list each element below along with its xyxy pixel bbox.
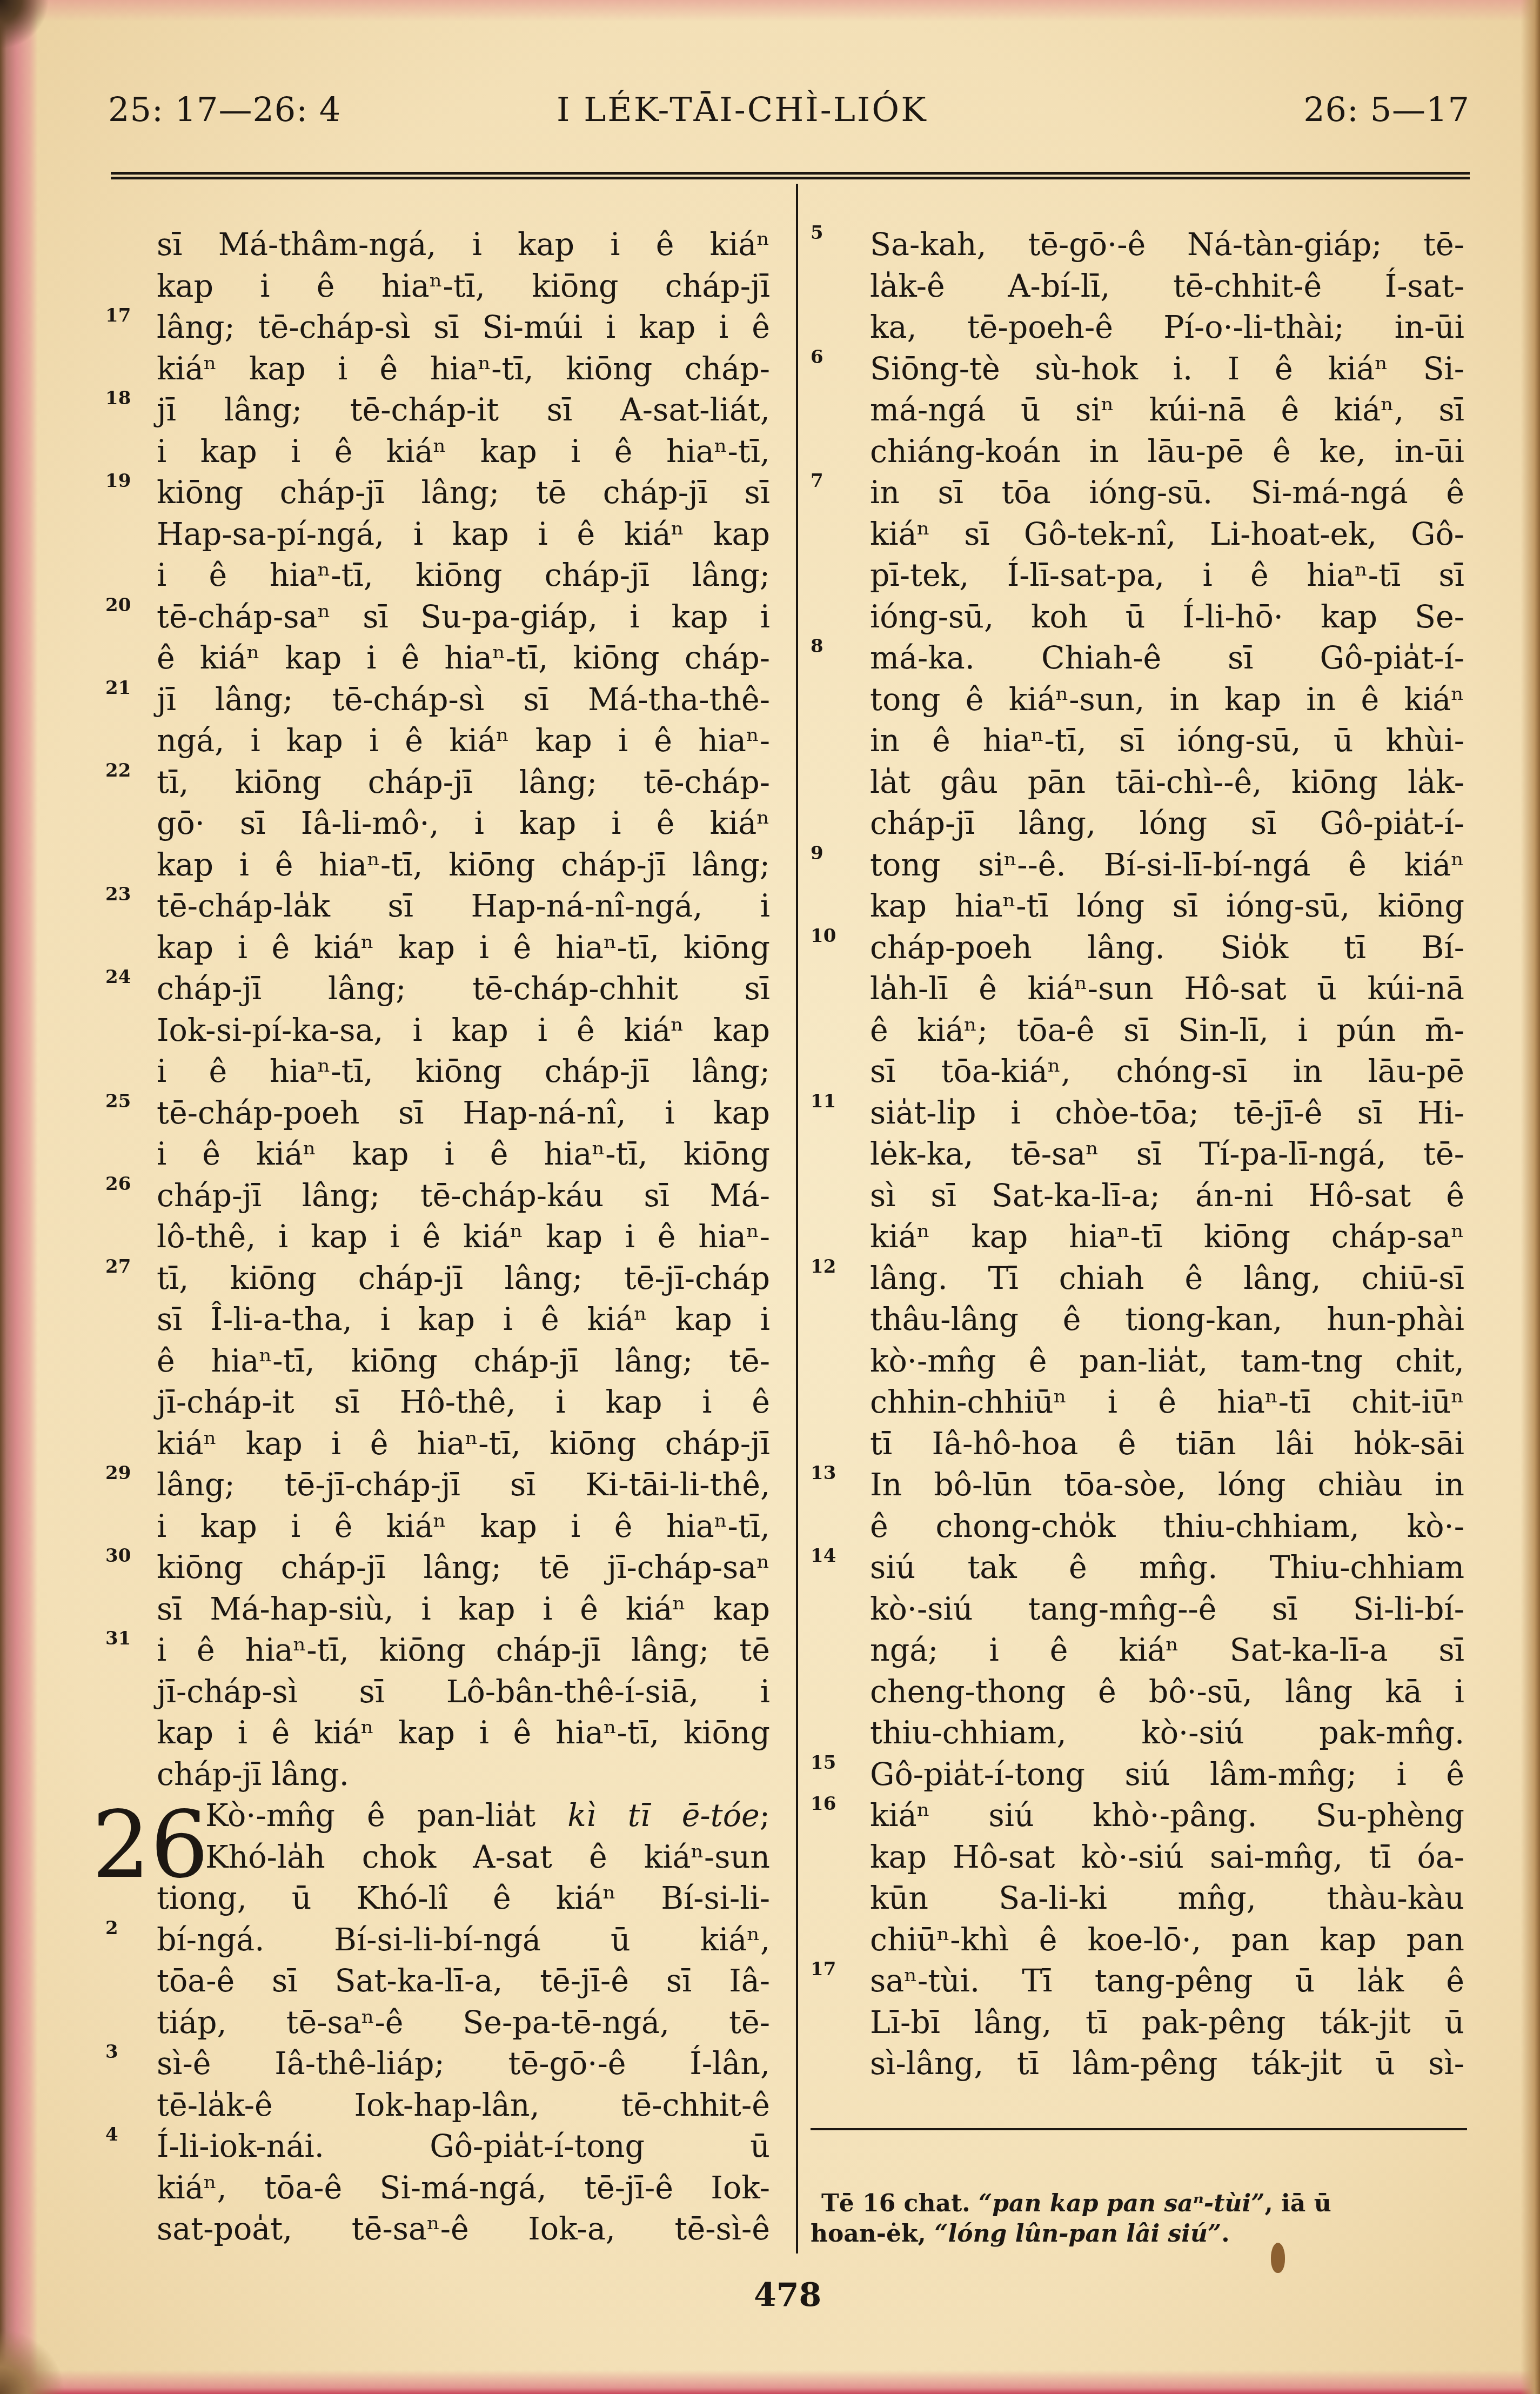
italic-phrase: kì tī ē-tóe (567, 1798, 760, 1834)
text-line: ka, tē-poeh-ê Pí-o·-li-thài; in-ūi (870, 307, 1464, 349)
line-text: gō· sī Iâ-li-mô·, i kap i ê kiáⁿ (157, 803, 770, 845)
line-text: cháp-poeh lâng. Sio̍k tī Bí- (870, 927, 1464, 969)
text-line: 7in sī tōa ióng-sū. Si-má-ngá ê (870, 472, 1464, 514)
line-text: kap i ê hiaⁿ-tī, kiōng cháp-jī (157, 266, 770, 307)
line-text: pī-tek, Í-lī-sat-pa, i ê hiaⁿ-tī sī (870, 555, 1464, 597)
line-text: Lī-bī lâng, tī pak-pêng ták-ji̍t ū (870, 2002, 1464, 2044)
text-line: Khó-la̍h chok A-sat ê kiáⁿ-sun (157, 1837, 770, 1878)
verse-number: 10 (811, 920, 836, 952)
line-text: thâu-lâng ê tiong-kan, hun-phài (870, 1299, 1464, 1341)
text-line: má-ngá ū siⁿ kúi-nā ê kiáⁿ, sī (870, 390, 1464, 431)
line-text: cháp-jī lâng; tē-cháp-káu sī Má- (157, 1175, 770, 1217)
verse-number: 15 (811, 1747, 836, 1779)
line-text: sī Má-hap-siù, i kap i ê kiáⁿ kap (157, 1589, 770, 1630)
chapter-start-line: 26Kò·-mn̂g ê pan-lia̍t kì tī ē-tóe; (157, 1795, 770, 1837)
stained-bottom-edge (0, 2370, 1540, 2394)
text-line: 4Í-li-iok-nái. Gô-pia̍t-í-tong ū (157, 2126, 770, 2168)
line-text: kap i ê kiáⁿ kap i ê hiaⁿ-tī, kiōng (157, 927, 770, 969)
line-text: kap i ê hiaⁿ-tī, kiōng cháp-jī lâng; (157, 845, 770, 886)
line-text: jī-cháp-sì sī Lô-bân-thê-í-siā, i (157, 1671, 770, 1713)
text-line: ê hiaⁿ-tī, kiōng cháp-jī lâng; tē- (157, 1341, 770, 1382)
line-text: lô-thê, i kap i ê kiáⁿ kap i ê hiaⁿ- (157, 1216, 770, 1258)
line-text: i kap i ê kiáⁿ kap i ê hiaⁿ-tī, (157, 431, 770, 473)
line-text: tē-cháp-poeh sī Hap-ná-nî, i kap (157, 1093, 770, 1134)
verse-number: 17 (811, 1953, 836, 1985)
text-line: 19kiōng cháp-jī lâng; tē cháp-jī sī (157, 472, 770, 514)
text-line: chhin-chhiūⁿ i ê hiaⁿ-tī chit-iūⁿ (870, 1382, 1464, 1423)
page-corner-bottom-left (0, 2329, 65, 2394)
page-number: 478 (754, 2276, 819, 2314)
verse-number: 12 (811, 1251, 836, 1283)
line-text: sat-poa̍t, tē-saⁿ-ê Iok-a, tē-sì-ê (157, 2209, 770, 2250)
text-line: kap i ê hiaⁿ-tī, kiōng cháp-jī lâng; (157, 845, 770, 886)
page-corner-top-left (0, 0, 49, 49)
verse-number: 25 (105, 1085, 131, 1118)
text-line: tiáp, tē-saⁿ-ê Se-pa-tē-ngá, tē- (157, 2002, 770, 2044)
line-text: in sī tōa ióng-sū. Si-má-ngá ê (870, 472, 1464, 514)
line-text: cheng-thong ê bô·-sū, lâng kā i (870, 1671, 1464, 1713)
text-line: lô-thê, i kap i ê kiáⁿ kap i ê hiaⁿ- (157, 1216, 770, 1258)
text-line: kiáⁿ kap i ê hiaⁿ-tī, kiōng cháp-jī (157, 1423, 770, 1465)
line-text: kap i ê kiáⁿ kap i ê hiaⁿ-tī, kiōng (157, 1713, 770, 1754)
page-right-edge (1521, 0, 1540, 2394)
text-line: in ê hiaⁿ-tī, sī ióng-sū, ū khùi- (870, 720, 1464, 762)
text-line: i kap i ê kiáⁿ kap i ê hiaⁿ-tī, (157, 1506, 770, 1548)
text-line: gō· sī Iâ-li-mô·, i kap i ê kiáⁿ (157, 803, 770, 845)
verse-number: 7 (811, 465, 823, 497)
verse-number: 3 (105, 2036, 118, 2068)
line-text: i ê hiaⁿ-tī, kiōng cháp-jī lâng; (157, 555, 770, 597)
verse-number: 9 (811, 837, 823, 870)
text-line: 11sia̍t-li̍p i chòe-tōa; tē-jī-ê sī Hi- (870, 1093, 1464, 1134)
footnote-quote-alt: “lóng lûn-pan lâi siú” (934, 2220, 1221, 2248)
line-text: Siōng-tè sù-hok i. I ê kiáⁿ Si- (870, 349, 1464, 390)
stained-top-edge (0, 0, 1540, 22)
verse-number: 11 (811, 1085, 836, 1118)
text-line: Iok-si-pí-ka-sa, i kap i ê kiáⁿ kap (157, 1010, 770, 1052)
line-text: i ê kiáⁿ kap i ê hiaⁿ-tī, kiōng (157, 1134, 770, 1175)
line-text: tē-la̍k-ê Iok-hap-lân, tē-chhit-ê (157, 2085, 770, 2126)
text-line: sī Î-li-a-tha, i kap i ê kiáⁿ kap i (157, 1299, 770, 1341)
text-line: tiong, ū Khó-lî ê kiáⁿ Bí-si-li- (157, 1878, 770, 1920)
verse-number: 6 (811, 341, 823, 373)
header-book-title: I LÉK-TĀI-CHÌ-LIÓK (557, 85, 928, 134)
footnote-mid: , iā ū (1264, 2190, 1331, 2217)
footnote: Tē 16 chat. “pan kap pan saⁿ-tùi”, iā ū … (811, 2189, 1467, 2249)
text-line: kūn Sa-li-ki mn̂g, thàu-kàu (870, 1878, 1464, 1920)
line-text: kiáⁿ sī Gô-tek-nî, Li-hoat-ek, Gô- (870, 514, 1464, 556)
text-line: 22tī, kiōng cháp-jī lâng; tē-cháp- (157, 762, 770, 804)
text-line: i ê hiaⁿ-tī, kiōng cháp-jī lâng; (157, 1051, 770, 1093)
text-line: 8má-ka. Chiah-ê sī Gô-pia̍t-í- (870, 638, 1464, 679)
text-line: Hap-sa-pí-ngá, i kap i ê kiáⁿ kap (157, 514, 770, 556)
chapter-first-line: Kò·-mn̂g ê pan-lia̍t kì tī ē-tóe; (205, 1795, 770, 1837)
text-line: ngá, i kap i ê kiáⁿ kap i ê hiaⁿ- (157, 720, 770, 762)
text-line: la̍t gâu pān tāi-chì--ê, kiōng la̍k- (870, 762, 1464, 804)
line-text: tōa-ê sī Sat-ka-lī-a, tē-jī-ê sī Iâ- (157, 1961, 770, 2002)
text-line: jī-cháp-it sī Hô-thê, i kap i ê (157, 1382, 770, 1423)
footnote-rule (811, 2128, 1467, 2130)
line-text: sì-ê Iâ-thê-liáp; tē-gō·-ê Í-lân, (157, 2043, 770, 2085)
text-line: 23tē-cháp-la̍k sī Hap-ná-nî-ngá, i (157, 886, 770, 927)
text-line: 2bí-ngá. Bí-si-li-bí-ngá ū kiáⁿ, (157, 1920, 770, 1961)
line-text: bí-ngá. Bí-si-li-bí-ngá ū kiáⁿ, (157, 1920, 770, 1961)
text-line: 6Siōng-tè sù-hok i. I ê kiáⁿ Si- (870, 349, 1464, 390)
line-text: thiu-chhiam, kò·-siú pak-mn̂g. (870, 1713, 1464, 1754)
text-line: kiáⁿ sī Gô-tek-nî, Li-hoat-ek, Gô- (870, 514, 1464, 556)
text-line: chiáng-koán in lāu-pē ê ke, in-ūi (870, 431, 1464, 473)
footnote-line-2: hoan-ėk, “lóng lûn-pan lâi siú”. (811, 2219, 1467, 2249)
verse-number: 30 (105, 1540, 131, 1572)
line-text: la̍t gâu pān tāi-chì--ê, kiōng la̍k- (870, 762, 1464, 804)
stained-left-edge (0, 0, 38, 2394)
line-text: tiáp, tē-saⁿ-ê Se-pa-tē-ngá, tē- (157, 2002, 770, 2044)
text-line: 17lâng; tē-cháp-sì sī Si-múi i kap i ê (157, 307, 770, 349)
text-line: 14siú tak ê mn̂g. Thiu-chhiam (870, 1547, 1464, 1589)
text-line: chiūⁿ-khì ê koe-lō·, pan kap pan (870, 1920, 1464, 1961)
verse-number: 18 (105, 382, 131, 414)
line-text: tē-cháp-saⁿ sī Su-pa-giáp, i kap i (157, 597, 770, 638)
line-text: ngá, i kap i ê kiáⁿ kap i ê hiaⁿ- (157, 720, 770, 762)
text-line: ióng-sū, koh ū Í-li-hō· kap Se- (870, 597, 1464, 638)
verse-number: 14 (811, 1540, 836, 1572)
header-double-rule (111, 172, 1470, 179)
line-text: ê chong-cho̍k thiu-chhiam, kò·- (870, 1506, 1464, 1548)
text-line: 20tē-cháp-saⁿ sī Su-pa-giáp, i kap i (157, 597, 770, 638)
line-text: kiōng cháp-jī lâng; tē cháp-jī sī (157, 472, 770, 514)
line-text: kiáⁿ, tōa-ê Si-má-ngá, tē-jī-ê Iok- (157, 2168, 770, 2209)
text-line: kiáⁿ kap hiaⁿ-tī kiōng cháp-saⁿ (870, 1216, 1464, 1258)
verse-number: 29 (105, 1457, 131, 1489)
text-line: Lī-bī lâng, tī pak-pêng ták-ji̍t ū (870, 2002, 1464, 2044)
line-text: sī Má-thâm-ngá, i kap i ê kiáⁿ (157, 224, 770, 266)
text-line: tē-la̍k-ê Iok-hap-lân, tē-chhit-ê (157, 2085, 770, 2126)
text-line: kò·-mn̂g ê pan-lia̍t, tam-tng chit, (870, 1341, 1464, 1382)
line-text: kūn Sa-li-ki mn̂g, thàu-kàu (870, 1878, 1464, 1920)
verse-number: 24 (105, 961, 131, 993)
line-text: má-ngá ū siⁿ kúi-nā ê kiáⁿ, sī (870, 390, 1464, 431)
line-text: la̍h-lī ê kiáⁿ-sun Hô-sat ū kúi-nā (870, 968, 1464, 1010)
text-line: i ê kiáⁿ kap i ê hiaⁿ-tī, kiōng (157, 1134, 770, 1175)
verse-number: 17 (105, 299, 131, 332)
running-header: 25: 17—26: 4 I LÉK-TĀI-CHÌ-LIÓK 26: 5—17 (108, 85, 1470, 134)
text-line: 17saⁿ-tùi. Tī tang-pêng ū la̍k ê (870, 1961, 1464, 2002)
text-line: pī-tek, Í-lī-sat-pa, i ê hiaⁿ-tī sī (870, 555, 1464, 597)
text-line: la̍h-lī ê kiáⁿ-sun Hô-sat ū kúi-nā (870, 968, 1464, 1010)
text-line: kap Hô-sat kò·-siú sai-mn̂g, tī óa- (870, 1837, 1464, 1878)
text-line: 30kiōng cháp-jī lâng; tē jī-cháp-saⁿ (157, 1547, 770, 1589)
text-line: sat-poa̍t, tē-saⁿ-ê Iok-a, tē-sì-ê (157, 2209, 770, 2250)
text-line: kap i ê hiaⁿ-tī, kiōng cháp-jī (157, 266, 770, 307)
footnote-line2-start: hoan-ėk, (811, 2220, 934, 2248)
text-line: 10cháp-poeh lâng. Sio̍k tī Bí- (870, 927, 1464, 969)
line-text: ê hiaⁿ-tī, kiōng cháp-jī lâng; tē- (157, 1341, 770, 1382)
text-line: tōa-ê sī Sat-ka-lī-a, tē-jī-ê sī Iâ- (157, 1961, 770, 2002)
text-line: tong ê kiáⁿ-sun, in kap in ê kiáⁿ (870, 679, 1464, 721)
line-text: sī tōa-kiáⁿ, chóng-sī in lāu-pē (870, 1051, 1464, 1093)
header-left-reference: 25: 17—26: 4 (108, 85, 341, 134)
line-text: tiong, ū Khó-lî ê kiáⁿ Bí-si-li- (157, 1878, 770, 1920)
text-line: sì sī Sat-ka-lī-a; án-ni Hô-sat ê (870, 1175, 1464, 1217)
line-text: ióng-sū, koh ū Í-li-hō· kap Se- (870, 597, 1464, 638)
text-line: cheng-thong ê bô·-sū, lâng kā i (870, 1671, 1464, 1713)
line-text: kiáⁿ kap i ê hiaⁿ-tī, kiōng cháp-jī (157, 1423, 770, 1465)
text-line: ê kiáⁿ kap i ê hiaⁿ-tī, kiōng cháp- (157, 638, 770, 679)
left-column: sī Má-thâm-ngá, i kap i ê kiáⁿkap i ê hi… (157, 224, 770, 2250)
line-text: tē-cháp-la̍k sī Hap-ná-nî-ngá, i (157, 886, 770, 927)
footnote-end: . (1221, 2220, 1229, 2248)
text-line: 21jī lâng; tē-cháp-sì sī Má-tha-thê- (157, 679, 770, 721)
text-line: 27tī, kiōng cháp-jī lâng; tē-jī-cháp (157, 1258, 770, 1300)
verse-number: 27 (105, 1251, 131, 1283)
line-text: tī Iâ-hô-hoa ê tiān lâi ho̍k-sāi (870, 1423, 1464, 1465)
text-line: kiáⁿ, tōa-ê Si-má-ngá, tē-jī-ê Iok- (157, 2168, 770, 2209)
text-line: kap i ê kiáⁿ kap i ê hiaⁿ-tī, kiōng (157, 1713, 770, 1754)
text-line: ngá; i ê kiáⁿ Sat-ka-lī-a sī (870, 1630, 1464, 1671)
text-line: la̍k-ê A-bí-lī, tē-chhit-ê Í-sat- (870, 266, 1464, 307)
verse-number: 20 (105, 589, 131, 621)
line-text: cháp-jī lâng, lóng sī Gô-pia̍t-í- (870, 803, 1464, 845)
text-line: lėk-ka, tē-saⁿ sī Tí-pa-lī-ngá, tē- (870, 1134, 1464, 1175)
line-text: lėk-ka, tē-saⁿ sī Tí-pa-lī-ngá, tē- (870, 1134, 1464, 1175)
line-text: Kò·-mn̂g ê pan-lia̍t (205, 1798, 567, 1834)
text-line: 25tē-cháp-poeh sī Hap-ná-nî, i kap (157, 1093, 770, 1134)
line-text: kò·-siú tang-mn̂g--ê sī Si-li-bí- (870, 1589, 1464, 1630)
line-text: jī-cháp-it sī Hô-thê, i kap i ê (157, 1382, 770, 1423)
text-line: 18jī lâng; tē-cháp-it sī A-sat-liát, (157, 390, 770, 431)
text-line: 5Sa-kah, tē-gō·-ê Ná-tàn-giáp; tē- (870, 224, 1464, 266)
line-text: i ê hiaⁿ-tī, kiōng cháp-jī lâng; tē (157, 1630, 770, 1671)
line-text: chiáng-koán in lāu-pē ê ke, in-ūi (870, 431, 1464, 473)
verse-number: 22 (105, 754, 131, 787)
text-line: 31i ê hiaⁿ-tī, kiōng cháp-jī lâng; tē (157, 1630, 770, 1671)
text-line: tī Iâ-hô-hoa ê tiān lâi ho̍k-sāi (870, 1423, 1464, 1465)
text-line: 9tong siⁿ--ê. Bí-si-lī-bí-ngá ê kiáⁿ (870, 845, 1464, 886)
line-text: ê kiáⁿ kap i ê hiaⁿ-tī, kiōng cháp- (157, 638, 770, 679)
line-text: jī lâng; tē-cháp-it sī A-sat-liát, (157, 390, 770, 431)
line-text: sì-lâng, tī lâm-pêng ták-ji̍t ū sì- (870, 2043, 1464, 2085)
right-column: 5Sa-kah, tē-gō·-ê Ná-tàn-giáp; tē-la̍k-ê… (870, 224, 1464, 2085)
verse-number: 8 (811, 630, 823, 663)
ink-stain (1271, 2243, 1285, 2273)
line-text: in ê hiaⁿ-tī, sī ióng-sū, ū khùi- (870, 720, 1464, 762)
text-line: kap hiaⁿ-tī lóng sī ióng-sū, kiōng (870, 886, 1464, 927)
text-line: thiu-chhiam, kò·-siú pak-mn̂g. (870, 1713, 1464, 1754)
line-text: lâng; tē-cháp-sì sī Si-múi i kap i ê (157, 307, 770, 349)
verse-number: 5 (811, 217, 823, 249)
text-line: kap i ê kiáⁿ kap i ê hiaⁿ-tī, kiōng (157, 927, 770, 969)
line-text: tī, kiōng cháp-jī lâng; tē-jī-cháp (157, 1258, 770, 1300)
footnote-line-1: Tē 16 chat. “pan kap pan saⁿ-tùi”, iā ū (811, 2189, 1467, 2219)
text-line: cháp-jī lâng, lóng sī Gô-pia̍t-í- (870, 803, 1464, 845)
text-line: kiáⁿ kap i ê hiaⁿ-tī, kiōng cháp- (157, 349, 770, 390)
text-line: 29lâng; tē-jī-cháp-jī sī Ki-tāi-li-thê, (157, 1465, 770, 1506)
text-line: thâu-lâng ê tiong-kan, hun-phài (870, 1299, 1464, 1341)
line-text: kiáⁿ kap i ê hiaⁿ-tī, kiōng cháp- (157, 349, 770, 390)
text-line: sī Má-hap-siù, i kap i ê kiáⁿ kap (157, 1589, 770, 1630)
line-text: tong siⁿ--ê. Bí-si-lī-bí-ngá ê kiáⁿ (870, 845, 1464, 886)
text-line: jī-cháp-sì sī Lô-bân-thê-í-siā, i (157, 1671, 770, 1713)
line-text: cháp-jī lâng. (157, 1754, 770, 1796)
verse-number: 31 (105, 1622, 131, 1655)
line-text: Í-li-iok-nái. Gô-pia̍t-í-tong ū (157, 2126, 770, 2168)
line-text: sī Î-li-a-tha, i kap i ê kiáⁿ kap i (157, 1299, 770, 1341)
line-text: kiōng cháp-jī lâng; tē jī-cháp-saⁿ (157, 1547, 770, 1589)
line-text: chiūⁿ-khì ê koe-lō·, pan kap pan (870, 1920, 1464, 1961)
line-text: sì sī Sat-ka-lī-a; án-ni Hô-sat ê (870, 1175, 1464, 1217)
line-text: kap Hô-sat kò·-siú sai-mn̂g, tī óa- (870, 1837, 1464, 1878)
text-line: 15Gô-pia̍t-í-tong siú lâm-mn̂g; i ê (870, 1754, 1464, 1796)
verse-number: 13 (811, 1457, 836, 1489)
verse-number: 21 (105, 672, 131, 704)
line-text: ka, tē-poeh-ê Pí-o·-li-thài; in-ūi (870, 307, 1464, 349)
footnote-quote-original: “pan kap pan saⁿ-tùi” (979, 2190, 1265, 2217)
text-line: kò·-siú tang-mn̂g--ê sī Si-li-bí- (870, 1589, 1464, 1630)
text-line: cháp-jī lâng. (157, 1754, 770, 1796)
line-text: tong ê kiáⁿ-sun, in kap in ê kiáⁿ (870, 679, 1464, 721)
line-text: Khó-la̍h chok A-sat ê kiáⁿ-sun (205, 1837, 770, 1878)
line-text: ngá; i ê kiáⁿ Sat-ka-lī-a sī (870, 1630, 1464, 1671)
line-text: ê kiáⁿ; tōa-ê sī Sin-lī, i pún m̄- (870, 1010, 1464, 1052)
line-text: i kap i ê kiáⁿ kap i ê hiaⁿ-tī, (157, 1506, 770, 1548)
line-text: saⁿ-tùi. Tī tang-pêng ū la̍k ê (870, 1961, 1464, 2002)
verse-number: 4 (105, 2118, 118, 2151)
text-line: 12lâng. Tī chiah ê lâng, chiū-sī (870, 1258, 1464, 1300)
line-text: Gô-pia̍t-í-tong siú lâm-mn̂g; i ê (870, 1754, 1464, 1796)
text-line: sī tōa-kiáⁿ, chóng-sī in lāu-pē (870, 1051, 1464, 1093)
text-line: 16kiáⁿ siú khò·-pâng. Su-phèng (870, 1795, 1464, 1837)
line-text: má-ka. Chiah-ê sī Gô-pia̍t-í- (870, 638, 1464, 679)
line-text: In bô-lūn tōa-sòe, lóng chiàu in (870, 1465, 1464, 1506)
line-text: Hap-sa-pí-ngá, i kap i ê kiáⁿ kap (157, 514, 770, 556)
line-text: lâng. Tī chiah ê lâng, chiū-sī (870, 1258, 1464, 1300)
line-text: lâng; tē-jī-cháp-jī sī Ki-tāi-li-thê, (157, 1465, 770, 1506)
line-text: kò·-mn̂g ê pan-lia̍t, tam-tng chit, (870, 1341, 1464, 1382)
text-line: ê kiáⁿ; tōa-ê sī Sin-lī, i pún m̄- (870, 1010, 1464, 1052)
line-text: la̍k-ê A-bí-lī, tē-chhit-ê Í-sat- (870, 266, 1464, 307)
verse-number: 2 (105, 1912, 118, 1944)
line-text: sia̍t-li̍p i chòe-tōa; tē-jī-ê sī Hi- (870, 1093, 1464, 1134)
scanned-page: 25: 17—26: 4 I LÉK-TĀI-CHÌ-LIÓK 26: 5—17… (0, 0, 1540, 2394)
verse-number: 16 (811, 1788, 836, 1820)
line-text: Sa-kah, tē-gō·-ê Ná-tàn-giáp; tē- (870, 224, 1464, 266)
text-line: sī Má-thâm-ngá, i kap i ê kiáⁿ (157, 224, 770, 266)
line-text: kiáⁿ siú khò·-pâng. Su-phèng (870, 1795, 1464, 1837)
line-text: chhin-chhiūⁿ i ê hiaⁿ-tī chit-iūⁿ (870, 1382, 1464, 1423)
line-text: cháp-jī lâng; tē-cháp-chhit sī (157, 968, 770, 1010)
line-text: siú tak ê mn̂g. Thiu-chhiam (870, 1547, 1464, 1589)
line-text: kap hiaⁿ-tī lóng sī ióng-sū, kiōng (870, 886, 1464, 927)
verse-number: 23 (105, 878, 131, 911)
text-line: 13In bô-lūn tōa-sòe, lóng chiàu in (870, 1465, 1464, 1506)
line-text: Iok-si-pí-ka-sa, i kap i ê kiáⁿ kap (157, 1010, 770, 1052)
header-right-reference: 26: 5—17 (1303, 85, 1470, 134)
text-line: sì-lâng, tī lâm-pêng ták-ji̍t ū sì- (870, 2043, 1464, 2085)
line-text: kiáⁿ kap hiaⁿ-tī kiōng cháp-saⁿ (870, 1216, 1464, 1258)
line-text: tī, kiōng cháp-jī lâng; tē-cháp- (157, 762, 770, 804)
punctuation: ; (760, 1798, 770, 1834)
column-divider (796, 184, 798, 2253)
text-line: 3sì-ê Iâ-thê-liáp; tē-gō·-ê Í-lân, (157, 2043, 770, 2085)
text-line: i kap i ê kiáⁿ kap i ê hiaⁿ-tī, (157, 431, 770, 473)
text-line: ê chong-cho̍k thiu-chhiam, kò·- (870, 1506, 1464, 1548)
line-text: i ê hiaⁿ-tī, kiōng cháp-jī lâng; (157, 1051, 770, 1093)
verse-number: 19 (105, 465, 131, 497)
footnote-label: Tē 16 chat. (821, 2190, 970, 2217)
verse-number: 26 (105, 1168, 131, 1200)
line-text: jī lâng; tē-cháp-sì sī Má-tha-thê- (157, 679, 770, 721)
text-line: 24cháp-jī lâng; tē-cháp-chhit sī (157, 968, 770, 1010)
text-line: i ê hiaⁿ-tī, kiōng cháp-jī lâng; (157, 555, 770, 597)
text-line: 26cháp-jī lâng; tē-cháp-káu sī Má- (157, 1175, 770, 1217)
